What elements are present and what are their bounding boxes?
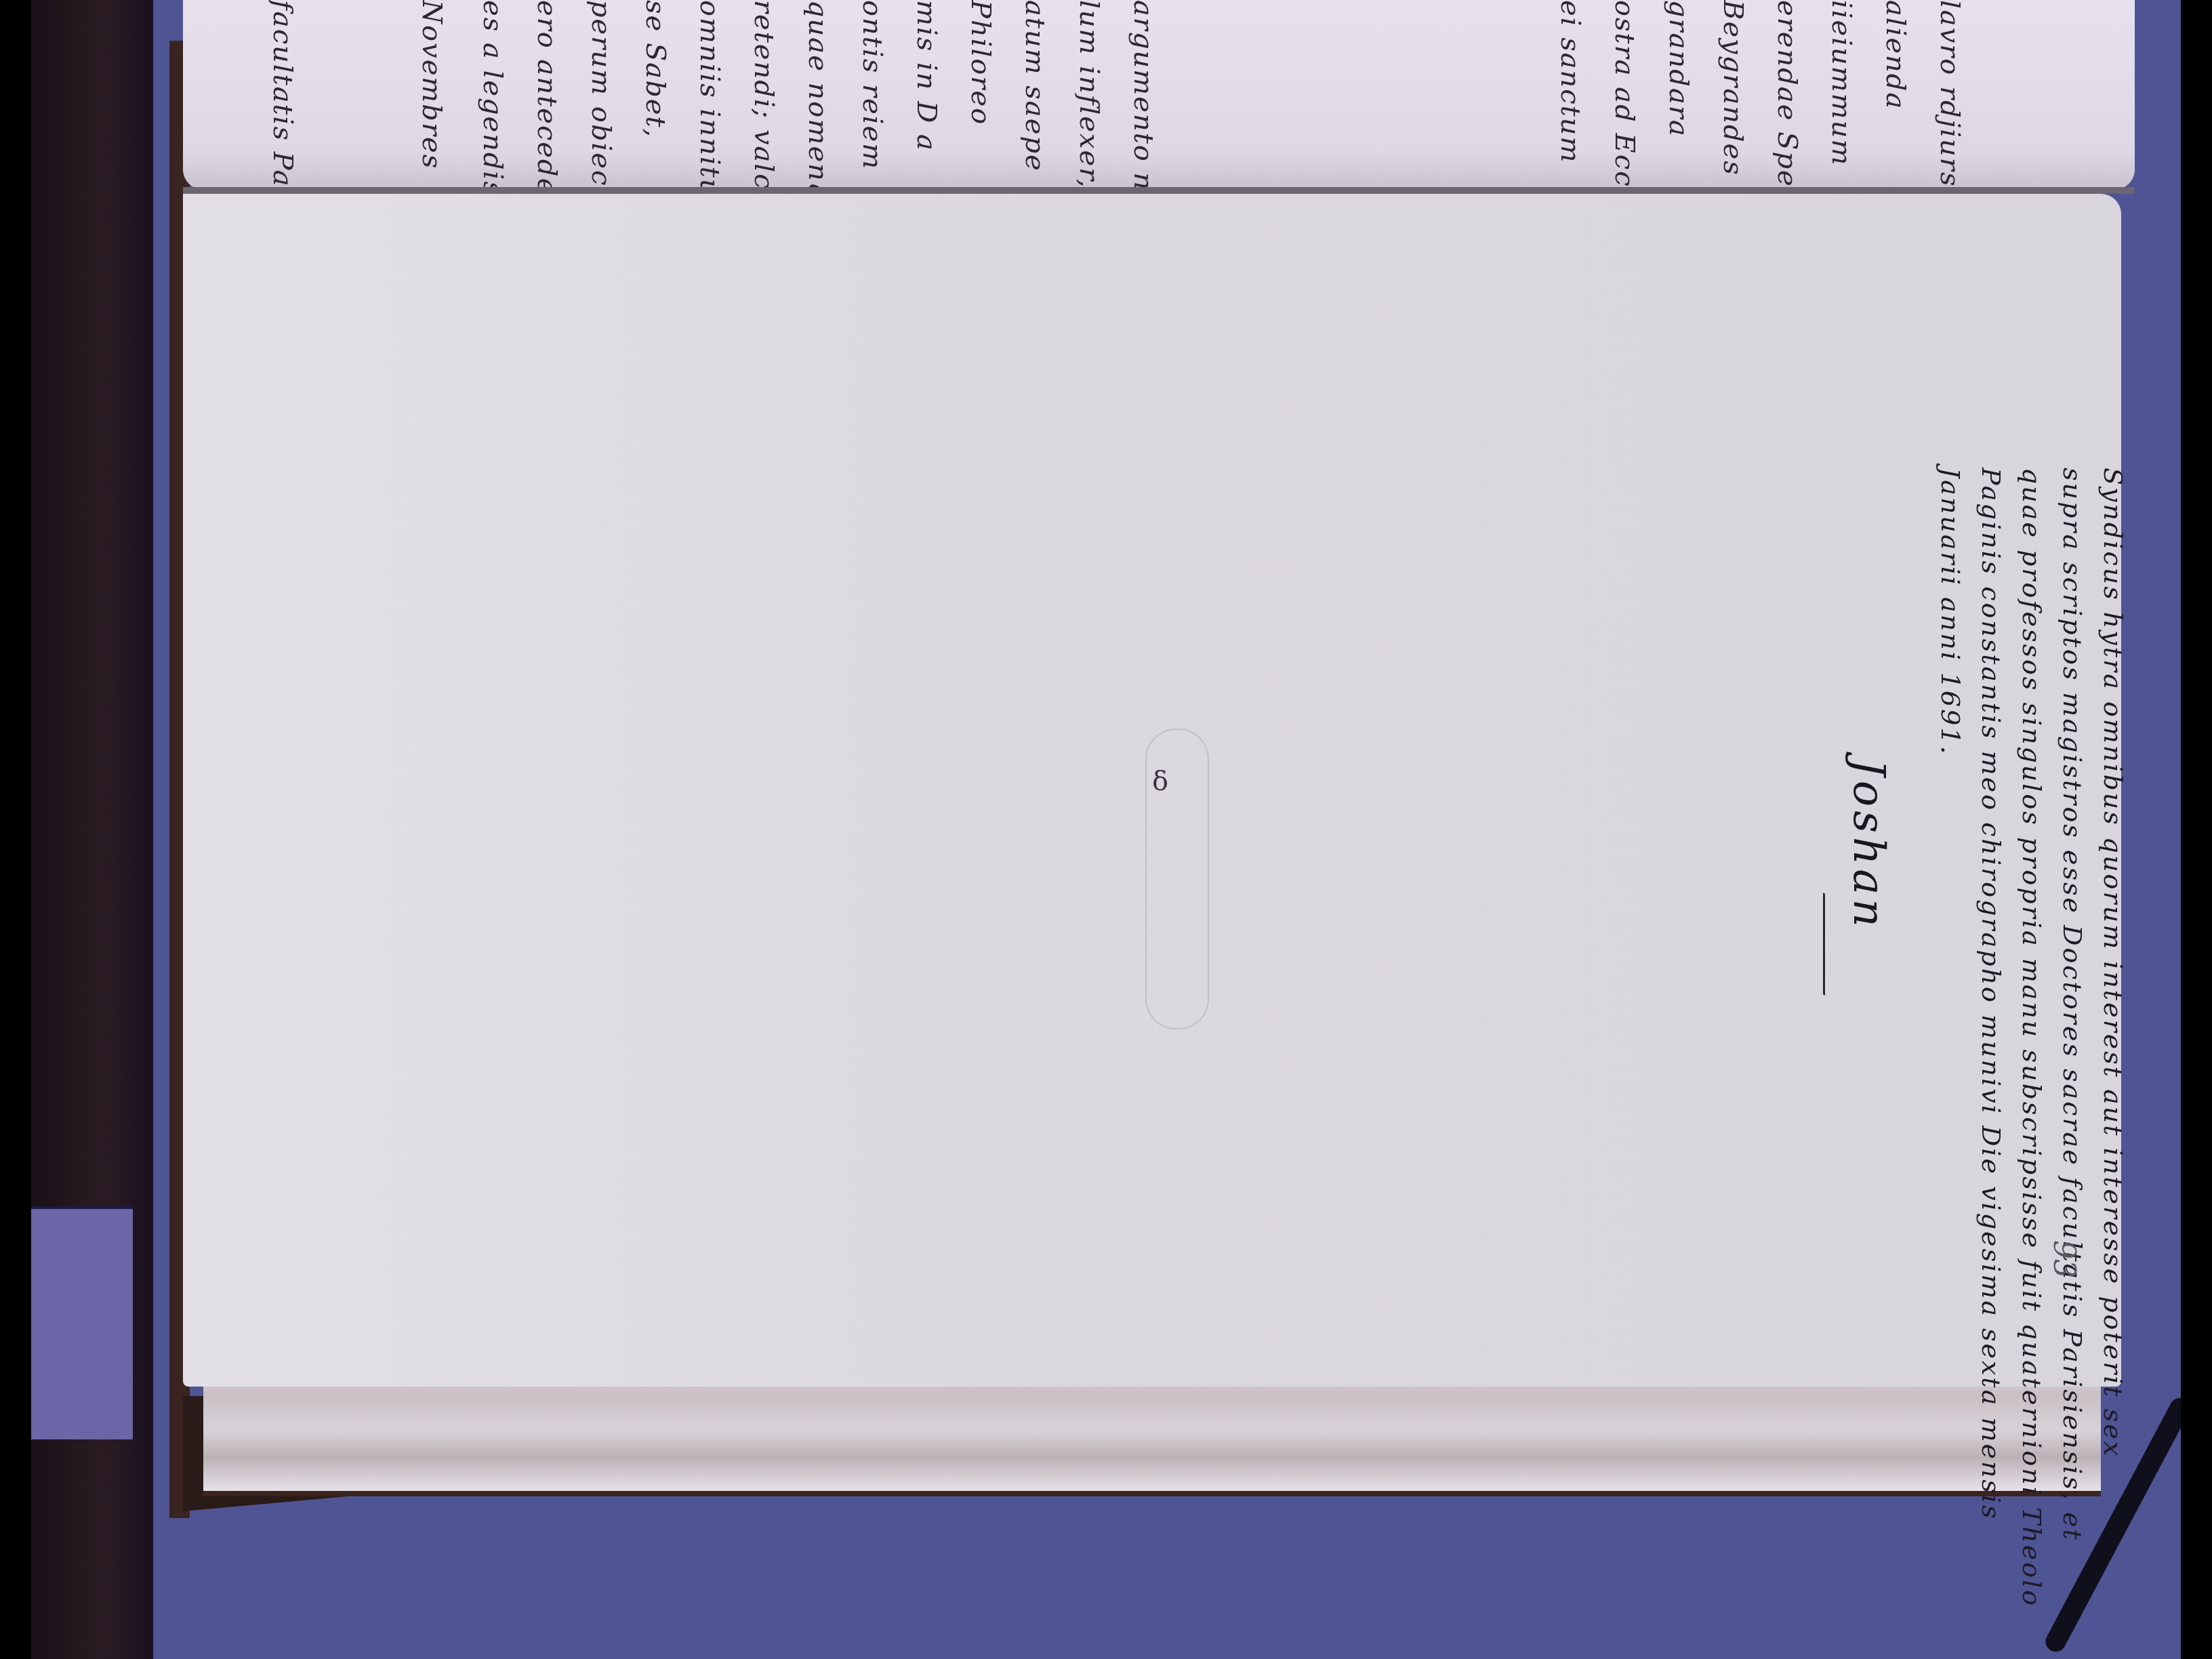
facing-line: facultatis Parisi xyxy=(258,0,298,183)
facing-line: argumento non xyxy=(1118,0,1159,183)
facing-line: ontis reiem xyxy=(847,0,888,183)
facing-line: omniis innitua xyxy=(684,0,725,183)
facing-line: lum inflexer, xyxy=(1064,0,1105,183)
facing-line: iieiummum xyxy=(1816,0,1857,183)
facing-line: ei sanctum xyxy=(1545,0,1586,183)
folio-number: 93 xyxy=(2047,1240,2081,1278)
facing-line: ero antecedenti xyxy=(522,0,562,183)
facing-line: se Sabet, xyxy=(630,0,671,183)
facing-line: quae nomenque xyxy=(793,0,834,183)
background-cloth xyxy=(31,1206,133,1439)
facing-line: Novembres xyxy=(407,0,447,183)
signature: Joshan xyxy=(1843,759,1893,931)
text-line: Januarii anni 1691. xyxy=(1931,468,1965,1362)
text-line: Syndicus hytra omnibus quorum interest a… xyxy=(2094,468,2128,1362)
facing-line: atum saepe xyxy=(1010,0,1050,183)
facing-line: ostra ad Ecclesi xyxy=(1599,0,1640,183)
facing-page-text: facultatis Parisi Novembres es a legendi… xyxy=(203,0,2101,183)
text-line: Paginis constantis meo chirographo muniv… xyxy=(1972,468,2006,1362)
facing-line: mis in D a xyxy=(901,0,942,183)
facing-line: Beygrandes xyxy=(1708,0,1748,183)
facing-line: erendae Sperior xyxy=(1762,0,1803,183)
text-line: supra scriptos magistros esse Doctores s… xyxy=(2053,468,2087,1362)
text-line: quae professos singulos propria manu sub… xyxy=(2013,468,2047,1362)
book-gutter xyxy=(183,187,2135,194)
facing-line: retendi; valcan xyxy=(739,0,779,183)
facing-line: lavro rdjiurs xyxy=(1925,0,1965,183)
letterbox-left xyxy=(0,0,31,1659)
facing-line: es a legendis xyxy=(468,0,508,183)
ink-blot-icon: ẟ xyxy=(1152,766,1168,797)
facing-line: grandara xyxy=(1654,0,1694,183)
facing-line: alienda xyxy=(1870,0,1911,183)
facing-line: Philoreo xyxy=(956,0,996,183)
facing-line: perum obiecto es xyxy=(576,0,617,183)
letterbox-right xyxy=(2181,0,2212,1659)
